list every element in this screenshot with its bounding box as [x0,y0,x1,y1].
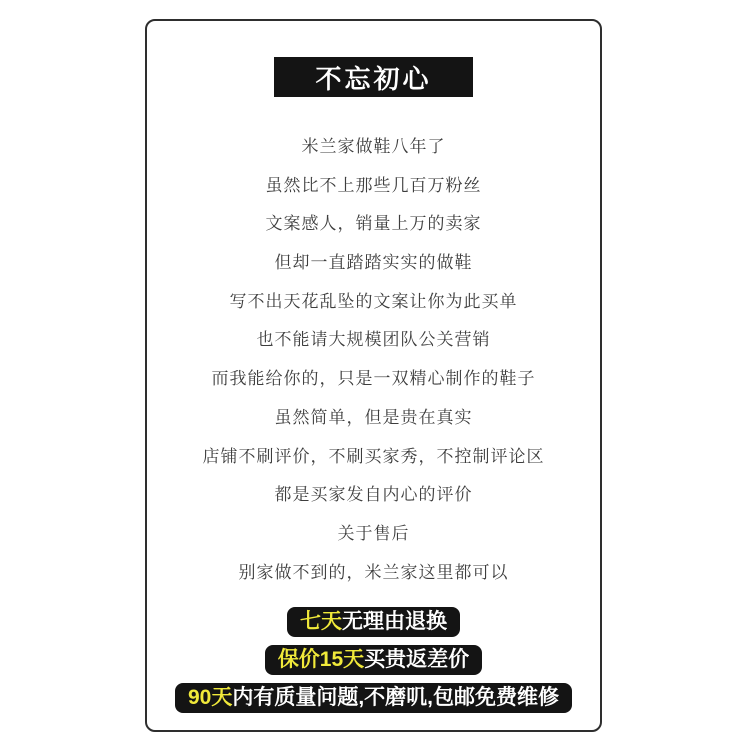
body-line: 米兰家做鞋八年了 [302,128,446,167]
body-line: 写不出天花乱坠的文案让你为此买单 [230,283,518,322]
guarantee-rest: 内有质量问题,不磨叽,包邮免费维修 [232,686,559,709]
title-badge: 不忘初心 [274,57,473,97]
guarantee-bar-price-protection: 保价15天买贵返差价 [265,645,482,675]
product-description-card: 不忘初心 米兰家做鞋八年了 虽然比不上那些几百万粉丝 文案感人，销量上万的卖家 … [0,0,750,750]
guarantee-rest: 买贵返差价 [364,648,469,671]
guarantee-bar-repair: 90天内有质量问题,不磨叽,包邮免费维修 [175,683,572,713]
guarantee-highlight: 七天 [300,610,342,633]
body-line: 都是买家发自内心的评价 [275,476,473,515]
guarantee-highlight: 90天 [188,686,232,709]
body-line: 而我能给你的，只是一双精心制作的鞋子 [212,360,536,399]
body-line: 关于售后 [338,515,410,554]
body-copy: 米兰家做鞋八年了 虽然比不上那些几百万粉丝 文案感人，销量上万的卖家 但却一直踏… [203,128,545,592]
title-text: 不忘初心 [315,59,431,96]
body-line: 文案感人，销量上万的卖家 [266,205,482,244]
body-line: 别家做不到的，米兰家这里都可以 [239,554,509,593]
guarantee-bar-returns: 七天无理由退换 [287,607,460,637]
body-line: 店铺不刷评价，不刷买家秀，不控制评论区 [203,438,545,477]
guarantee-banners: 七天无理由退换 保价15天买贵返差价 90天内有质量问题,不磨叽,包邮免费维修 [175,607,572,713]
body-line: 也不能请大规模团队公关营销 [257,321,491,360]
rounded-border-frame: 不忘初心 米兰家做鞋八年了 虽然比不上那些几百万粉丝 文案感人，销量上万的卖家 … [145,19,602,732]
guarantee-highlight: 保价15天 [278,648,364,671]
body-line: 虽然简单，但是贵在真实 [275,399,473,438]
body-line: 但却一直踏踏实实的做鞋 [275,244,473,283]
body-line: 虽然比不上那些几百万粉丝 [266,167,482,206]
guarantee-rest: 无理由退换 [342,610,447,633]
